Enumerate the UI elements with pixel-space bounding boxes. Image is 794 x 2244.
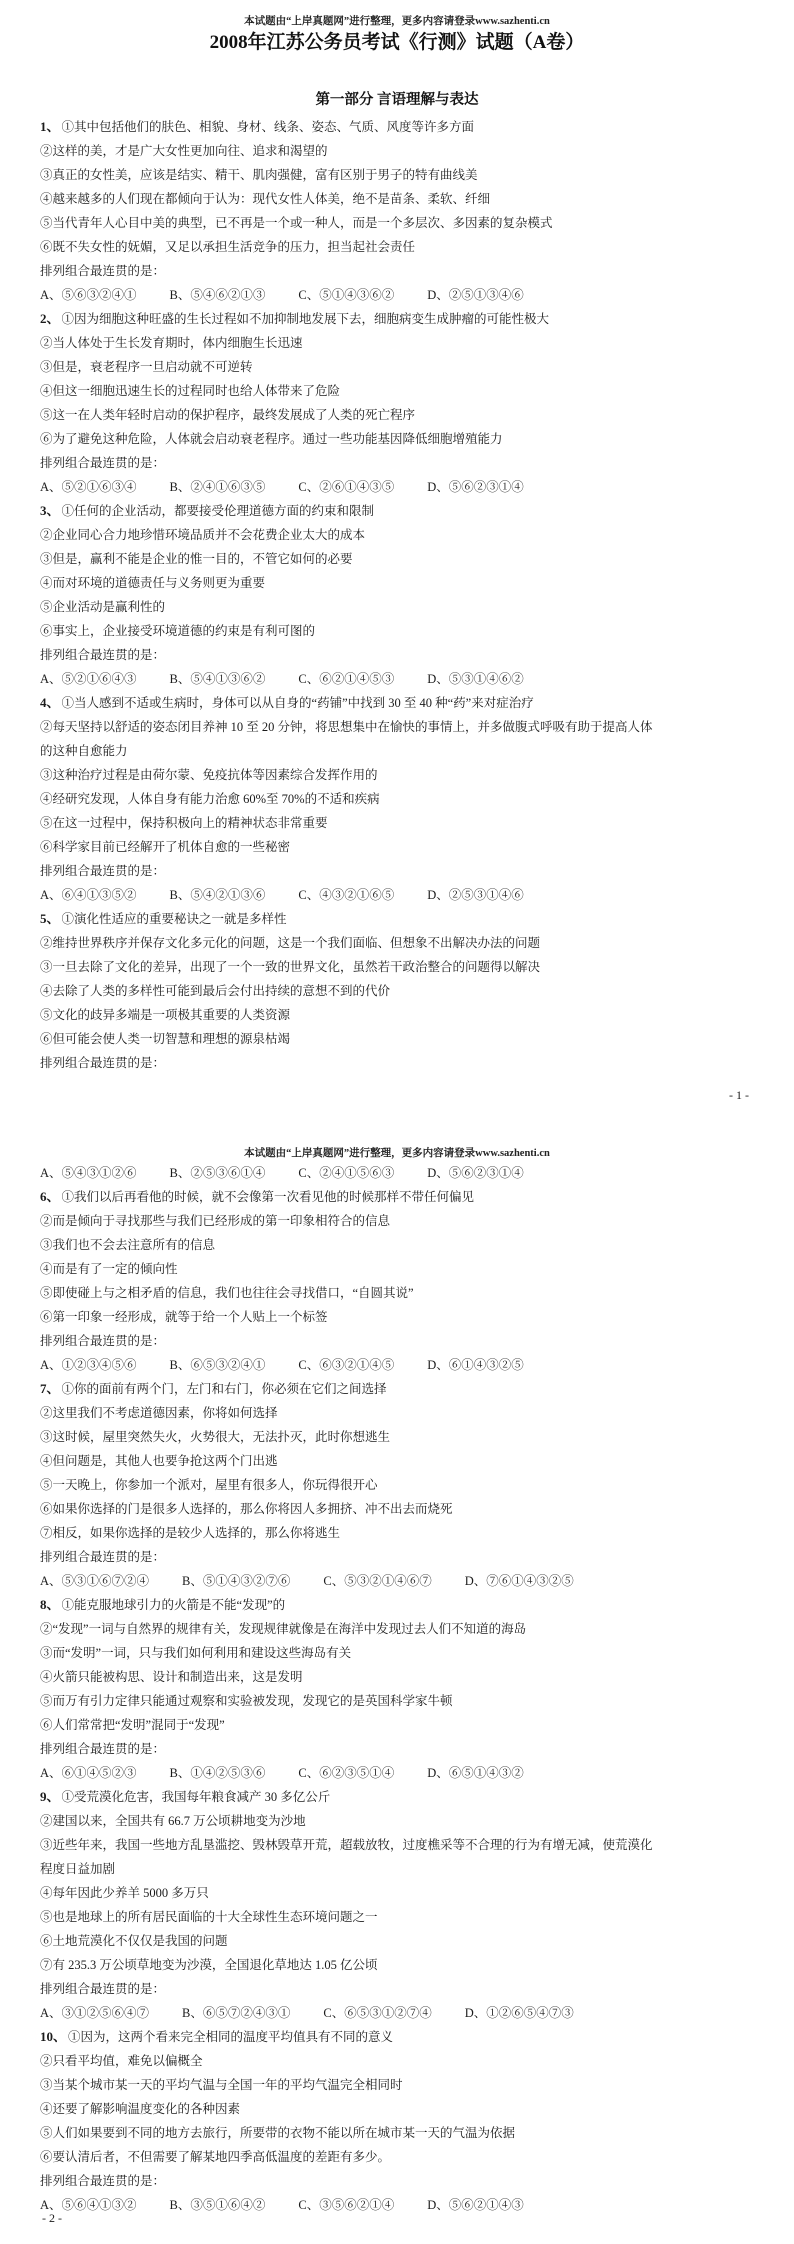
question-block: 5、①演化性适应的重要秘诀之一就是多样性②维持世界秩序并保存文化多元化的问题，这… (40, 907, 754, 1075)
source-note: 本试题由“上岸真题网”进行整理，更多内容请登录www.sazhenti.cn (40, 1146, 754, 1161)
question-sentence: ④去除了人类的多样性可能到最后会付出持续的意想不到的代价 (40, 984, 390, 998)
question-line: ④而对环境的道德责任与义务则更为重要 (40, 571, 754, 595)
question-sentence: ②维持世界秩序并保存文化多元化的问题，这是一个我们面临、但想象不出解决办法的问题 (40, 936, 540, 950)
question-line: ②维持世界秩序并保存文化多元化的问题，这是一个我们面临、但想象不出解决办法的问题 (40, 931, 754, 955)
option-d: D、⑤③①④⑥② (427, 667, 524, 691)
question-line: ②建国以来，全国共有 66.7 万公顷耕地变为沙地 (40, 1809, 754, 1833)
question-line: ③我们也不会去注意所有的信息 (40, 1233, 754, 1257)
question-line: ⑥人们常常把“发明”混同于“发现” (40, 1713, 754, 1737)
question-sentence: ②企业同心合力地珍惜环境品质并不会花费企业太大的成本 (40, 528, 365, 542)
question-sentence: ⑥人们常常把“发明”混同于“发现” (40, 1718, 225, 1732)
question-line: ③这时候，屋里突然失火，火势很大，无法扑灭，此时你想逃生 (40, 1425, 754, 1449)
option-d: D、⑤⑥②③①④ (427, 1161, 524, 1185)
answer-prompt: 排列组合最连贯的是： (40, 1737, 754, 1761)
options-row: A、⑤⑥③②④①B、⑤④⑥②①③C、⑤①④③⑥②D、②⑤①③④⑥ (40, 283, 754, 307)
answer-prompt: 排列组合最连贯的是： (40, 1545, 754, 1569)
question-line: ④每年因此少养羊 5000 多万只 (40, 1881, 754, 1905)
options-row: A、⑥①④⑤②③B、①④②⑤③⑥C、⑥②③⑤①④D、⑥⑤①④③② (40, 1761, 754, 1785)
question-sentence: ②当人体处于生长发育期时，体内细胞生长迅速 (40, 336, 303, 350)
options-row: A、⑤③①⑥⑦②④B、⑤①④③②⑦⑥C、⑤③②①④⑥⑦D、⑦⑥①④③②⑤ (40, 1569, 754, 1593)
question-sentence: ⑥土地荒漠化不仅仅是我国的问题 (40, 1934, 228, 1948)
question-sentence: ⑥既不失女性的妩媚，又足以承担生活竞争的压力，担当起社会责任 (40, 240, 415, 254)
question-line: ②这里我们不考虑道德因素，你将如何选择 (40, 1401, 754, 1425)
option-b: B、⑤①④③②⑦⑥ (182, 1569, 290, 1593)
question-line: ②而是倾向于寻找那些与我们已经形成的第一印象相符合的信息 (40, 1209, 754, 1233)
option-c: C、④③②①⑥⑤ (298, 883, 394, 907)
question-sentence: ③近些年来，我国一些地方乱垦滥挖、毁林毁草开荒，超载放牧，过度樵采等不合理的行为… (40, 1838, 653, 1852)
option-b: B、⑥⑤③②④① (170, 1353, 266, 1377)
question-line: ②企业同心合力地珍惜环境品质并不会花费企业太大的成本 (40, 523, 754, 547)
question-line: ③近些年来，我国一些地方乱垦滥挖、毁林毁草开荒，超载放牧，过度樵采等不合理的行为… (40, 1833, 754, 1857)
question-line: 10、①因为，这两个看来完全相同的温度平均值具有不同的意义 (40, 2025, 754, 2049)
question-sentence: ④但问题是，其他人也要争抢这两个门出逃 (40, 1454, 278, 1468)
question-line: ④还要了解影响温度变化的各种因素 (40, 2097, 754, 2121)
question-sentence: ③而“发明”一词，只与我们如何利用和建设这些海岛有关 (40, 1646, 351, 1660)
question-line: ⑤人们如果要到不同的地方去旅行，所要带的衣物不能以所在城市某一天的气温为依据 (40, 2121, 754, 2145)
option-b: B、⑤④⑥②①③ (170, 283, 266, 307)
option-c: C、⑤①④③⑥② (298, 283, 394, 307)
question-sentence: ⑤这一在人类年轻时启动的保护程序，最终发展成了人类的死亡程序 (40, 408, 415, 422)
question-sentence: ②这样的美，才是广大女性更加向往、追求和渴望的 (40, 144, 328, 158)
question-line: ③但是，衰老程序一旦启动就不可逆转 (40, 355, 754, 379)
question-sentence: ③这时候，屋里突然失火，火势很大，无法扑灭，此时你想逃生 (40, 1430, 390, 1444)
question-sentence: ②这里我们不考虑道德因素，你将如何选择 (40, 1406, 278, 1420)
question-sentence: ①当人感到不适或生病时，身体可以从自身的“药铺”中找到 30 至 40 种“药”… (62, 696, 534, 710)
question-sentence: ⑤企业活动是赢利性的 (40, 600, 165, 614)
question-number: 5、 (40, 911, 60, 926)
option-a: A、⑤②①⑥④③ (40, 667, 137, 691)
question-sentence: ②只看平均值，难免以偏概全 (40, 2054, 203, 2068)
question-sentence: ①其中包括他们的肤色、相貌、身材、线条、姿态、气质、风度等许多方面 (62, 120, 475, 134)
option-c: C、⑥⑤③①②⑦④ (323, 2001, 431, 2025)
option-a: A、⑤④③①②⑥ (40, 1161, 137, 1185)
option-b: B、⑤④①③⑥② (170, 667, 266, 691)
answer-prompt: 排列组合最连贯的是： (40, 2169, 754, 2193)
question-sentence: ③一旦去除了文化的差异，出现了一个一致的世界文化，虽然若干政治整合的问题得以解决 (40, 960, 540, 974)
question-sentence: ①因为，这两个看来完全相同的温度平均值具有不同的意义 (68, 2030, 393, 2044)
page-2: 本试题由“上岸真题网”进行整理，更多内容请登录www.sazhenti.cn A… (0, 1105, 794, 2244)
question-block: 1、①其中包括他们的肤色、相貌、身材、线条、姿态、气质、风度等许多方面②这样的美… (40, 115, 754, 307)
option-d: D、⑤⑥②①④③ (427, 2193, 524, 2217)
option-c: C、②⑥①④③⑤ (298, 475, 394, 499)
question-block: 6、①我们以后再看他的时候，就不会像第一次看见他的时候那样不带任何偏见②而是倾向… (40, 1185, 754, 1377)
question-line: ⑥第一印象一经形成，就等于给一个人贴上一个标签 (40, 1305, 754, 1329)
page-number: - 2 - (42, 2210, 62, 2226)
question-line: 4、①当人感到不适或生病时，身体可以从自身的“药铺”中找到 30 至 40 种“… (40, 691, 754, 715)
question-line: ④火箭只能被构思、设计和制造出来，这是发明 (40, 1665, 754, 1689)
question-sentence: ①因为细胞这种旺盛的生长过程如不加抑制地发展下去，细胞病变生成肿瘤的可能性极大 (62, 312, 550, 326)
question-sentence: ①我们以后再看他的时候，就不会像第一次看见他的时候那样不带任何偏见 (62, 1190, 475, 1204)
question-block: 9、①受荒漠化危害，我国每年粮食减产 30 多亿公斤②建国以来，全国共有 66.… (40, 1785, 754, 2025)
question-line: ⑤也是地球上的所有居民面临的十大全球性生态环境问题之一 (40, 1905, 754, 1929)
page-1: 本试题由“上岸真题网”进行整理，更多内容请登录www.sazhenti.cn 2… (0, 0, 794, 1105)
page-number: - 1 - (729, 1087, 749, 1103)
question-number: 6、 (40, 1189, 60, 1204)
question-sentence: ⑤一天晚上，你参加一个派对，屋里有很多人，你玩得很开心 (40, 1478, 378, 1492)
option-d: D、⑥⑤①④③② (427, 1761, 524, 1785)
question-line: ⑤企业活动是赢利性的 (40, 595, 754, 619)
question-sentence: ④还要了解影响温度变化的各种因素 (40, 2102, 240, 2116)
question-line: ⑤一天晚上，你参加一个派对，屋里有很多人，你玩得很开心 (40, 1473, 754, 1497)
option-a: A、⑤③①⑥⑦②④ (40, 1569, 149, 1593)
answer-prompt: 排列组合最连贯的是： (40, 643, 754, 667)
question-line: ②每天坚持以舒适的姿态闭目养神 10 至 20 分钟，将思想集中在愉快的事情上，… (40, 715, 754, 739)
questions-page-1: 1、①其中包括他们的肤色、相貌、身材、线条、姿态、气质、风度等许多方面②这样的美… (40, 115, 754, 1075)
question-line: ⑥科学家目前已经解开了机体自愈的一些秘密 (40, 835, 754, 859)
question-sentence: ⑥如果你选择的门是很多人选择的，那么你将因人多拥挤、冲不出去而烧死 (40, 1502, 453, 1516)
options-row: A、③①②⑤⑥④⑦B、⑥⑤⑦②④③①C、⑥⑤③①②⑦④D、①②⑥⑤④⑦③ (40, 2001, 754, 2025)
question-block: 10、①因为，这两个看来完全相同的温度平均值具有不同的意义②只看平均值，难免以偏… (40, 2025, 754, 2217)
question-sentence: ⑤在这一过程中，保持积极向上的精神状态非常重要 (40, 816, 328, 830)
question-sentence: ②而是倾向于寻找那些与我们已经形成的第一印象相符合的信息 (40, 1214, 390, 1228)
question-line: 程度日益加剧 (40, 1857, 754, 1881)
option-a: A、⑥④①③⑤② (40, 883, 137, 907)
answer-prompt: 排列组合最连贯的是： (40, 259, 754, 283)
options-row: A、⑤②①⑥④③B、⑤④①③⑥②C、⑥②①④⑤③D、⑤③①④⑥② (40, 667, 754, 691)
question-line: ⑤当代青年人心目中美的典型，已不再是一个或一种人，而是一个多层次、多因素的复杂模… (40, 211, 754, 235)
question-line: ⑤这一在人类年轻时启动的保护程序，最终发展成了人类的死亡程序 (40, 403, 754, 427)
question-line: ⑤文化的歧异多端是一项极其重要的人类资源 (40, 1003, 754, 1027)
question-line: ③当某个城市某一天的平均气温与全国一年的平均气温完全相同时 (40, 2073, 754, 2097)
question-sentence: ④经研究发现，人体自身有能力治愈 60%至 70%的不适和疾病 (40, 792, 380, 806)
question-line: ⑥如果你选择的门是很多人选择的，那么你将因人多拥挤、冲不出去而烧死 (40, 1497, 754, 1521)
question-block: 7、①你的面前有两个门，左门和右门，你必须在它们之间选择②这里我们不考虑道德因素… (40, 1377, 754, 1593)
question-line: ②只看平均值，难免以偏概全 (40, 2049, 754, 2073)
question-line: ④去除了人类的多样性可能到最后会付出持续的意想不到的代价 (40, 979, 754, 1003)
option-c: C、⑥②③⑤①④ (298, 1761, 394, 1785)
question-number: 7、 (40, 1381, 60, 1396)
question-sentence: ④而对环境的道德责任与义务则更为重要 (40, 576, 265, 590)
question-sentence: ④每年因此少养羊 5000 多万只 (40, 1886, 209, 1900)
question-line: ⑥但可能会使人类一切智慧和理想的源泉枯竭 (40, 1027, 754, 1051)
question-block: A、⑤④③①②⑥B、②⑤③⑥①④C、②④①⑤⑥③D、⑤⑥②③①④ (40, 1161, 754, 1185)
question-line: ④而是有了一定的倾向性 (40, 1257, 754, 1281)
option-c: C、②④①⑤⑥③ (298, 1161, 394, 1185)
question-line: ⑤即使碰上与之相矛盾的信息，我们也往往会寻找借口，“自圆其说” (40, 1281, 754, 1305)
question-sentence: ⑥第一印象一经形成，就等于给一个人贴上一个标签 (40, 1310, 328, 1324)
question-line: ⑤在这一过程中，保持积极向上的精神状态非常重要 (40, 811, 754, 835)
question-sentence: ③我们也不会去注意所有的信息 (40, 1238, 215, 1252)
question-line: 9、①受荒漠化危害，我国每年粮食减产 30 多亿公斤 (40, 1785, 754, 1809)
question-sentence: ⑤也是地球上的所有居民面临的十大全球性生态环境问题之一 (40, 1910, 378, 1924)
question-line: ②这样的美，才是广大女性更加向往、追求和渴望的 (40, 139, 754, 163)
question-sentence: ⑦有 235.3 万公顷草地变为沙漠，全国退化草地达 1.05 亿公顷 (40, 1958, 378, 1972)
question-line: ⑥要认清后者，不但需要了解某地四季高低温度的差距有多少。 (40, 2145, 754, 2169)
question-sentence: ⑤人们如果要到不同的地方去旅行，所要带的衣物不能以所在城市某一天的气温为依据 (40, 2126, 515, 2140)
question-sentence: ④而是有了一定的倾向性 (40, 1262, 178, 1276)
question-line: ⑥事实上，企业接受环境道德的约束是有利可图的 (40, 619, 754, 643)
option-b: B、⑤④②①③⑥ (170, 883, 266, 907)
question-sentence: ④越来越多的人们现在都倾向于认为：现代女性人体美，绝不是苗条、柔软、纤细 (40, 192, 490, 206)
answer-prompt: 排列组合最连贯的是： (40, 451, 754, 475)
source-note: 本试题由“上岸真题网”进行整理，更多内容请登录www.sazhenti.cn (40, 14, 754, 29)
question-sentence: ⑤文化的歧异多端是一项极其重要的人类资源 (40, 1008, 290, 1022)
question-sentence: ⑤即使碰上与之相矛盾的信息，我们也往往会寻找借口，“自圆其说” (40, 1286, 414, 1300)
question-sentence: ①演化性适应的重要秘诀之一就是多样性 (62, 912, 287, 926)
question-sentence: ⑥要认清后者，不但需要了解某地四季高低温度的差距有多少。 (40, 2150, 390, 2164)
option-a: A、①②③④⑤⑥ (40, 1353, 137, 1377)
option-d: D、②⑤①③④⑥ (427, 283, 524, 307)
question-block: 2、①因为细胞这种旺盛的生长过程如不加抑制地发展下去，细胞病变生成肿瘤的可能性极… (40, 307, 754, 499)
question-line: 7、①你的面前有两个门，左门和右门，你必须在它们之间选择 (40, 1377, 754, 1401)
option-b: B、②⑤③⑥①④ (170, 1161, 266, 1185)
options-row: A、⑤②①⑥③④B、②④①⑥③⑤C、②⑥①④③⑤D、⑤⑥②③①④ (40, 475, 754, 499)
question-sentence: ③但是，衰老程序一旦启动就不可逆转 (40, 360, 253, 374)
question-sentence: 程度日益加剧 (40, 1862, 115, 1876)
question-line: ③而“发明”一词，只与我们如何利用和建设这些海岛有关 (40, 1641, 754, 1665)
question-sentence: ①能克服地球引力的火箭是不能“发现”的 (62, 1598, 286, 1612)
question-sentence: ④火箭只能被构思、设计和制造出来，这是发明 (40, 1670, 303, 1684)
questions-page-2: A、⑤④③①②⑥B、②⑤③⑥①④C、②④①⑤⑥③D、⑤⑥②③①④6、①我们以后再… (40, 1161, 754, 2217)
question-block: 8、①能克服地球引力的火箭是不能“发现”的②“发现”一词与自然界的规律有关，发现… (40, 1593, 754, 1785)
question-sentence: ②每天坚持以舒适的姿态闭目养神 10 至 20 分钟，将思想集中在愉快的事情上，… (40, 720, 653, 734)
question-sentence: ⑥为了避免这种危险，人体就会启动衰老程序。通过一些功能基因降低细胞增殖能力 (40, 432, 503, 446)
question-sentence: ①任何的企业活动，都要接受伦理道德方面的约束和限制 (62, 504, 375, 518)
question-sentence: ①受荒漠化危害，我国每年粮食减产 30 多亿公斤 (62, 1790, 331, 1804)
question-sentence: ⑤而万有引力定律只能通过观察和实验被发现，发现它的是英国科学家牛顿 (40, 1694, 453, 1708)
option-c: C、⑥③②①④⑤ (298, 1353, 394, 1377)
question-line: ④但问题是，其他人也要争抢这两个门出逃 (40, 1449, 754, 1473)
question-line: ②“发现”一词与自然界的规律有关，发现规律就像是在海洋中发现过去人们不知道的海岛 (40, 1617, 754, 1641)
question-block: 3、①任何的企业活动，都要接受伦理道德方面的约束和限制②企业同心合力地珍惜环境品… (40, 499, 754, 691)
question-sentence: ①你的面前有两个门，左门和右门，你必须在它们之间选择 (62, 1382, 387, 1396)
option-d: D、②⑤③①④⑥ (427, 883, 524, 907)
question-sentence: ③真正的女性美，应该是结实、精干、肌肉强健，富有区别于男子的特有曲线美 (40, 168, 478, 182)
option-a: A、⑥①④⑤②③ (40, 1761, 137, 1785)
question-sentence: ③但是，赢利不能是企业的惟一目的，不管它如何的必要 (40, 552, 353, 566)
question-line: ⑥土地荒漠化不仅仅是我国的问题 (40, 1929, 754, 1953)
answer-prompt: 排列组合最连贯的是： (40, 1977, 754, 2001)
option-d: D、⑦⑥①④③②⑤ (465, 1569, 574, 1593)
option-c: C、⑤③②①④⑥⑦ (323, 1569, 431, 1593)
question-sentence: ②建国以来，全国共有 66.7 万公顷耕地变为沙地 (40, 1814, 306, 1828)
option-b: B、③⑤①⑥④② (170, 2193, 266, 2217)
question-number: 2、 (40, 311, 60, 326)
question-sentence: ⑥科学家目前已经解开了机体自愈的一些秘密 (40, 840, 290, 854)
question-line: 6、①我们以后再看他的时候，就不会像第一次看见他的时候那样不带任何偏见 (40, 1185, 754, 1209)
question-line: ⑦有 235.3 万公顷草地变为沙漠，全国退化草地达 1.05 亿公顷 (40, 1953, 754, 1977)
question-number: 3、 (40, 503, 60, 518)
question-sentence: ②“发现”一词与自然界的规律有关，发现规律就像是在海洋中发现过去人们不知道的海岛 (40, 1622, 526, 1636)
option-a: A、⑤⑥③②④① (40, 283, 137, 307)
question-line: ③真正的女性美，应该是结实、精干、肌肉强健，富有区别于男子的特有曲线美 (40, 163, 754, 187)
question-number: 1、 (40, 119, 60, 134)
option-d: D、⑤⑥②③①④ (427, 475, 524, 499)
question-line: 8、①能克服地球引力的火箭是不能“发现”的 (40, 1593, 754, 1617)
options-row: A、⑤⑥④①③②B、③⑤①⑥④②C、③⑤⑥②①④D、⑤⑥②①④③ (40, 2193, 754, 2217)
question-line: ③但是，赢利不能是企业的惟一目的，不管它如何的必要 (40, 547, 754, 571)
options-row: A、①②③④⑤⑥B、⑥⑤③②④①C、⑥③②①④⑤D、⑥①④③②⑤ (40, 1353, 754, 1377)
document-title: 2008年江苏公务员考试《行测》试题（A卷） (40, 29, 754, 56)
options-row: A、⑤④③①②⑥B、②⑤③⑥①④C、②④①⑤⑥③D、⑤⑥②③①④ (40, 1161, 754, 1185)
question-line: ④经研究发现，人体自身有能力治愈 60%至 70%的不适和疾病 (40, 787, 754, 811)
question-line: 3、①任何的企业活动，都要接受伦理道德方面的约束和限制 (40, 499, 754, 523)
question-line: ⑦相反，如果你选择的是较少人选择的，那么你将逃生 (40, 1521, 754, 1545)
question-line: ⑥既不失女性的妩媚，又足以承担生活竞争的压力，担当起社会责任 (40, 235, 754, 259)
option-a: A、⑤②①⑥③④ (40, 475, 137, 499)
question-line: ⑥为了避免这种危险，人体就会启动衰老程序。通过一些功能基因降低细胞增殖能力 (40, 427, 754, 451)
question-sentence: ③这种治疗过程是由荷尔蒙、免疫抗体等因素综合发挥作用的 (40, 768, 378, 782)
answer-prompt: 排列组合最连贯的是： (40, 1329, 754, 1353)
question-number: 4、 (40, 695, 60, 710)
option-b: B、①④②⑤③⑥ (170, 1761, 266, 1785)
question-line: ③一旦去除了文化的差异，出现了一个一致的世界文化，虽然若干政治整合的问题得以解决 (40, 955, 754, 979)
question-line: 2、①因为细胞这种旺盛的生长过程如不加抑制地发展下去，细胞病变生成肿瘤的可能性极… (40, 307, 754, 331)
question-line: 的这种自愈能力 (40, 739, 754, 763)
question-line: 1、①其中包括他们的肤色、相貌、身材、线条、姿态、气质、风度等许多方面 (40, 115, 754, 139)
option-b: B、⑥⑤⑦②④③① (182, 2001, 290, 2025)
question-block: 4、①当人感到不适或生病时，身体可以从自身的“药铺”中找到 30 至 40 种“… (40, 691, 754, 907)
section-title: 第一部分 言语理解与表达 (40, 88, 754, 112)
option-c: C、③⑤⑥②①④ (298, 2193, 394, 2217)
option-d: D、⑥①④③②⑤ (427, 1353, 524, 1377)
question-number: 8、 (40, 1597, 60, 1612)
question-sentence: ⑦相反，如果你选择的是较少人选择的，那么你将逃生 (40, 1526, 340, 1540)
question-sentence: ⑤当代青年人心目中美的典型，已不再是一个或一种人，而是一个多层次、多因素的复杂模… (40, 216, 553, 230)
exam-document: 本试题由“上岸真题网”进行整理，更多内容请登录www.sazhenti.cn 2… (0, 0, 794, 2244)
question-line: ②当人体处于生长发育期时，体内细胞生长迅速 (40, 331, 754, 355)
question-number: 10、 (40, 2029, 66, 2044)
option-a: A、③①②⑤⑥④⑦ (40, 2001, 149, 2025)
answer-prompt: 排列组合最连贯的是： (40, 859, 754, 883)
option-b: B、②④①⑥③⑤ (170, 475, 266, 499)
question-sentence: 的这种自愈能力 (40, 744, 128, 758)
question-line: ④越来越多的人们现在都倾向于认为：现代女性人体美，绝不是苗条、柔软、纤细 (40, 187, 754, 211)
question-sentence: ③当某个城市某一天的平均气温与全国一年的平均气温完全相同时 (40, 2078, 403, 2092)
answer-prompt: 排列组合最连贯的是： (40, 1051, 754, 1075)
question-sentence: ④但这一细胞迅速生长的过程同时也给人体带来了危险 (40, 384, 340, 398)
question-line: ④但这一细胞迅速生长的过程同时也给人体带来了危险 (40, 379, 754, 403)
question-line: ⑤而万有引力定律只能通过观察和实验被发现，发现它的是英国科学家牛顿 (40, 1689, 754, 1713)
question-line: 5、①演化性适应的重要秘诀之一就是多样性 (40, 907, 754, 931)
question-sentence: ⑥但可能会使人类一切智慧和理想的源泉枯竭 (40, 1032, 290, 1046)
question-sentence: ⑥事实上，企业接受环境道德的约束是有利可图的 (40, 624, 315, 638)
options-row: A、⑥④①③⑤②B、⑤④②①③⑥C、④③②①⑥⑤D、②⑤③①④⑥ (40, 883, 754, 907)
option-c: C、⑥②①④⑤③ (298, 667, 394, 691)
question-line: ③这种治疗过程是由荷尔蒙、免疫抗体等因素综合发挥作用的 (40, 763, 754, 787)
question-number: 9、 (40, 1789, 60, 1804)
option-d: D、①②⑥⑤④⑦③ (465, 2001, 574, 2025)
